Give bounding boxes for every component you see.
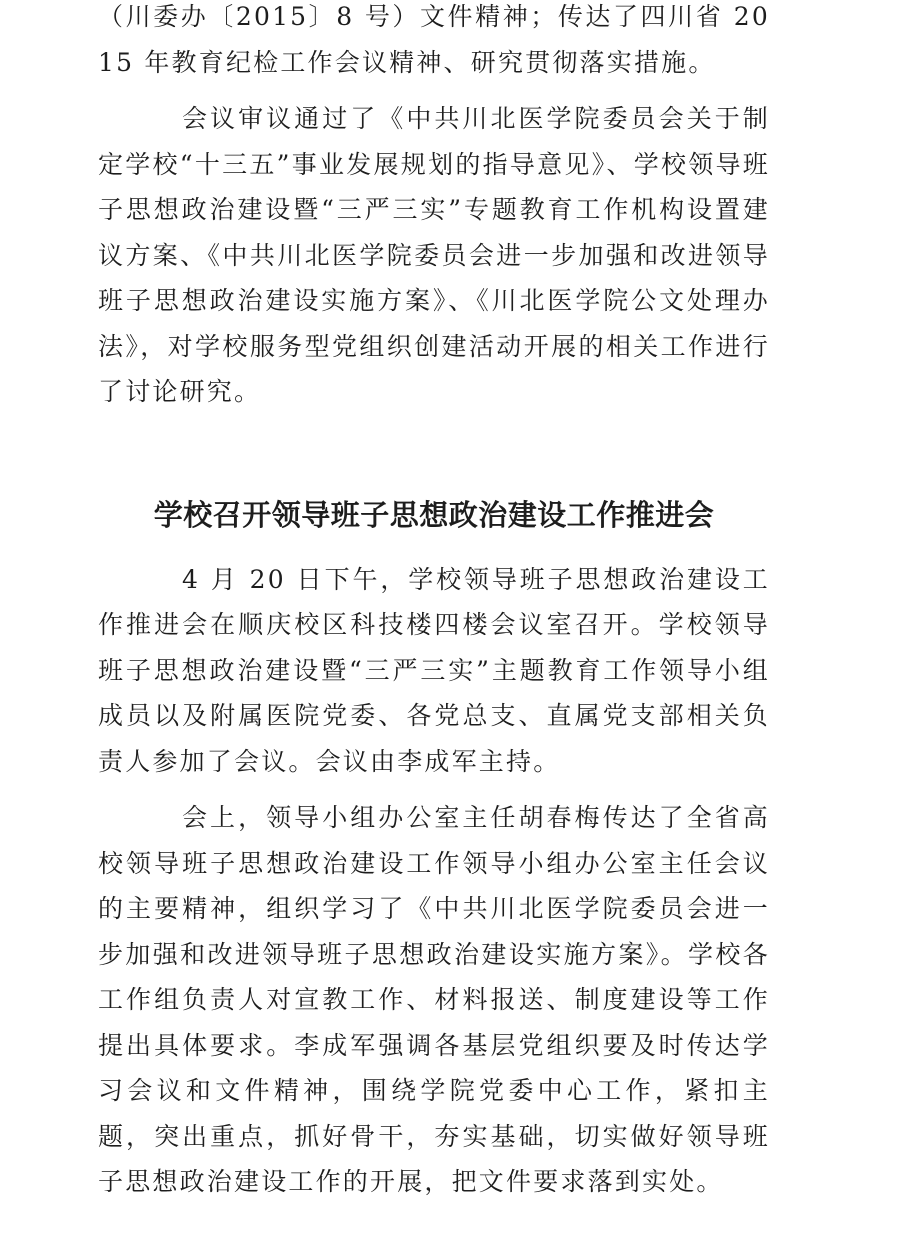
paragraph-continuation: （川委办〔2015〕8 号）文件精神；传达了四川省 2015 年教育纪检工作会议… xyxy=(98,0,770,85)
paragraph-meeting-opening: 4 月 20 日下午，学校领导班子思想政治建设工作推进会在顺庆校区科技楼四楼会议… xyxy=(98,557,770,785)
document-page: { "page": { "background_color": "#ffffff… xyxy=(0,0,907,1248)
document-body: （川委办〔2015〕8 号）文件精神；传达了四川省 2015 年教育纪检工作会议… xyxy=(98,0,770,1205)
paragraph-meeting-content: 会上，领导小组办公室主任胡春梅传达了全省高校领导班子思想政治建设工作领导小组办公… xyxy=(98,795,770,1205)
paragraph-meeting-review: 会议审议通过了《中共川北医学院委员会关于制定学校“十三五”事业发展规划的指导意见… xyxy=(98,96,770,415)
section-heading: 学校召开领导班子思想政治建设工作推进会 xyxy=(98,495,770,535)
